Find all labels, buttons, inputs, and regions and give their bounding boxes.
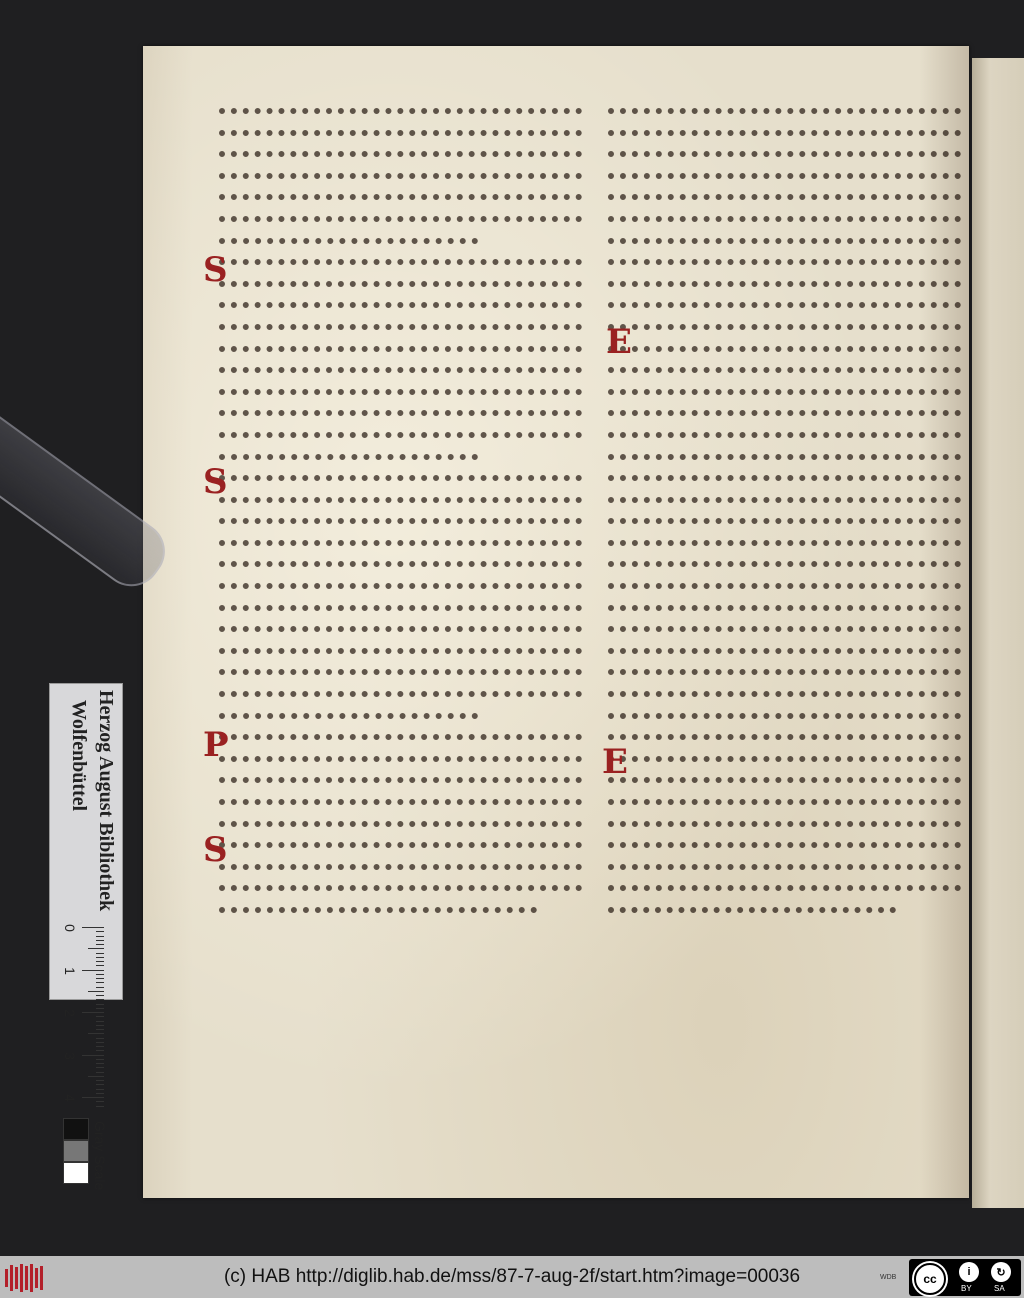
ruler-tick [96, 931, 104, 932]
rubric-initial: S [203, 830, 228, 870]
gray-scale-white [63, 1162, 89, 1184]
ruler-tick [82, 927, 104, 928]
manuscript-text-line [608, 703, 968, 725]
text-column-right [608, 98, 968, 919]
manuscript-text-line [219, 703, 589, 725]
ruler-tick [96, 1072, 104, 1073]
cc-icon: cc [914, 1263, 946, 1295]
manuscript-text-line [219, 573, 589, 595]
ruler-tick [96, 987, 104, 988]
manuscript-text-line [219, 184, 589, 206]
manuscript-text-line [608, 292, 968, 314]
manuscript-text-line [219, 659, 589, 681]
ruler-tick [96, 1089, 104, 1090]
scale-number: 0 [62, 924, 78, 932]
manuscript-text-line [219, 249, 589, 271]
ruler-tick [96, 1021, 104, 1022]
manuscript-text-line [608, 163, 968, 185]
manuscript-text-line [608, 897, 968, 919]
scale-number: 4 [62, 1094, 78, 1102]
manuscript-text-line [608, 422, 968, 444]
ruler-tick [96, 953, 104, 954]
manuscript-text-line [219, 832, 589, 854]
ruler-tick [96, 1080, 104, 1081]
manuscript-text-line [219, 530, 589, 552]
manuscript-text-line [219, 271, 589, 293]
manuscript-text-line [219, 379, 589, 401]
manuscript-text-line [219, 897, 589, 919]
manuscript-text-line [219, 357, 589, 379]
rubric-initial: S [203, 250, 228, 290]
manuscript-text-line [219, 789, 589, 811]
manuscript-text-line [219, 746, 589, 768]
manuscript-text-line [219, 120, 589, 142]
manuscript-text-line [219, 141, 589, 163]
manuscript-text-line [608, 184, 968, 206]
manuscript-text-line [608, 487, 968, 509]
manuscript-text-line [219, 854, 589, 876]
manuscript-text-line [219, 616, 589, 638]
ruler-tick [96, 1059, 104, 1060]
manuscript-text-line [608, 228, 968, 250]
manuscript-text-line [219, 551, 589, 573]
manuscript-text-line [219, 444, 589, 466]
ruler-tick [96, 936, 104, 937]
manuscript-text-line [608, 465, 968, 487]
manuscript-text-line [608, 508, 968, 530]
ruler-tick [96, 1093, 104, 1094]
manuscript-text-line [219, 336, 589, 358]
ruler-institution-label: Herzog August Bibliothek [94, 690, 117, 911]
scale-number: 3 [62, 1052, 78, 1060]
ruler-tick [96, 944, 104, 945]
manuscript-text-line [219, 228, 589, 250]
manuscript-text-line [219, 811, 589, 833]
ruler-city-label: Wolfenbüttel [67, 700, 90, 811]
manuscript-text-line [608, 271, 968, 293]
manuscript-text-line [608, 379, 968, 401]
manuscript-text-line [219, 314, 589, 336]
image-viewer[interactable]: S S P S E E Herzog August Bibliothek Wol… [0, 0, 1024, 1256]
manuscript-text-line [608, 444, 968, 466]
ruler-tick [96, 961, 104, 962]
manuscript-text-line [219, 638, 589, 660]
rubric-initial: S [203, 462, 228, 502]
manuscript-text-line [608, 314, 968, 336]
footer-bar: (c) HAB http://diglib.hab.de/mss/87-7-au… [0, 1256, 1024, 1298]
manuscript-text-line [608, 638, 968, 660]
manuscript-text-line [608, 141, 968, 163]
manuscript-text-line [608, 875, 968, 897]
scale-number: 2 [62, 1009, 78, 1017]
ruler-tick [96, 1067, 104, 1068]
ruler-tick [96, 940, 104, 941]
manuscript-text-line [608, 98, 968, 120]
manuscript-text-line [219, 767, 589, 789]
manuscript-text-line [219, 508, 589, 530]
ruler-tick [96, 1101, 104, 1102]
manuscript-text-line [608, 120, 968, 142]
scale-number: 1 [62, 967, 78, 975]
ruler-tick [96, 982, 104, 983]
ruler-tick [96, 1025, 104, 1026]
ruler-tick [96, 1029, 104, 1030]
manuscript-text-line [608, 616, 968, 638]
ruler-tick [96, 1004, 104, 1005]
ruler-tick [96, 1008, 104, 1009]
sa-icon: ↻ [991, 1262, 1011, 1282]
manuscript-text-line [219, 292, 589, 314]
manuscript-text-line [608, 681, 968, 703]
manuscript-text-line [219, 400, 589, 422]
manuscript-text-line [608, 724, 968, 746]
manuscript-text-line [219, 595, 589, 617]
manuscript-text-line [219, 487, 589, 509]
ruler-tick [88, 991, 104, 992]
manuscript-text-line [608, 767, 968, 789]
ruler-tick [96, 1042, 104, 1043]
manuscript-text-line [608, 746, 968, 768]
manuscript-text-line [608, 854, 968, 876]
manuscript-text-line [608, 336, 968, 358]
gray-scale-label: Gray Scale [92, 1121, 108, 1190]
ruler-tick [82, 1055, 104, 1056]
rubric-initial: E [606, 322, 632, 362]
gray-scale-black [63, 1118, 89, 1140]
ruler-tick [96, 995, 104, 996]
ruler-tick [88, 1033, 104, 1034]
ruler-tick [96, 1050, 104, 1051]
manuscript-text-line [219, 875, 589, 897]
manuscript-text-line [608, 659, 968, 681]
rubric-initial: E [602, 742, 628, 782]
gray-scale-mid [63, 1140, 89, 1162]
manuscript-text-line [219, 422, 589, 444]
ruler-tick [96, 999, 104, 1000]
ruler-tick [88, 948, 104, 949]
ruler-tick [96, 978, 104, 979]
manuscript-text-line [608, 811, 968, 833]
ruler-tick [96, 965, 104, 966]
manuscript-text-line [219, 724, 589, 746]
ruler-tick [82, 970, 104, 971]
manuscript-text-line [219, 98, 589, 120]
ruler-tick [96, 1016, 104, 1017]
manuscript-text-line [608, 789, 968, 811]
manuscript-text-line [608, 530, 968, 552]
manuscript-text-line [219, 206, 589, 228]
manuscript-text-line [608, 551, 968, 573]
ruler-tick [82, 1097, 104, 1098]
ruler-tick [96, 957, 104, 958]
manuscript-text-line [608, 206, 968, 228]
ruler-tick [96, 1084, 104, 1085]
wdb-mark: WDB [880, 1274, 896, 1281]
ruler-tick [96, 1038, 104, 1039]
ruler-tick [96, 1046, 104, 1047]
ruler-tick [96, 974, 104, 975]
facing-page-edge [972, 58, 1024, 1208]
manuscript-text-line [219, 681, 589, 703]
manuscript-text-line [219, 465, 589, 487]
manuscript-text-line [608, 249, 968, 271]
manuscript-text-line [608, 357, 968, 379]
by-label: BY [961, 1284, 972, 1293]
manuscript-text-line [608, 595, 968, 617]
sa-label: SA [994, 1284, 1005, 1293]
ruler-tick [88, 1076, 104, 1077]
ruler-tick [82, 1012, 104, 1013]
ruler-tick [96, 1106, 104, 1107]
cc-license-badge[interactable]: cc i BY ↻ SA [909, 1259, 1021, 1296]
text-column-left [219, 98, 589, 919]
citation-url[interactable]: (c) HAB http://diglib.hab.de/mss/87-7-au… [0, 1266, 1024, 1288]
by-icon: i [959, 1262, 979, 1282]
rubric-initial: P [203, 725, 229, 765]
manuscript-text-line [219, 163, 589, 185]
manuscript-text-line [608, 400, 968, 422]
manuscript-text-line [608, 832, 968, 854]
ruler-tick [96, 1063, 104, 1064]
manuscript-text-line [608, 573, 968, 595]
